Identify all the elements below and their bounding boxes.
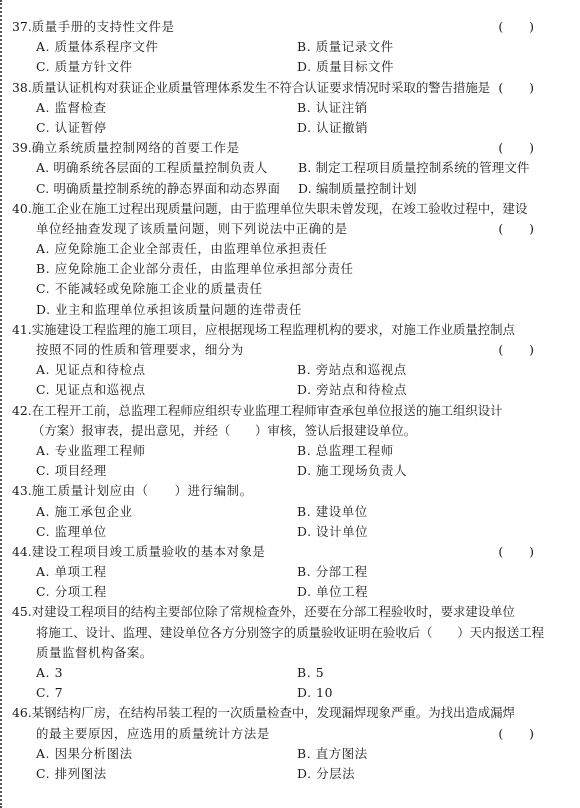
option-a[interactable]: A. 施工承包企业: [36, 502, 133, 522]
question-41-options-row-1: A. 见证点和待检点 B. 旁站点和巡视点: [12, 360, 572, 380]
question-37-stem: 37.质量手册的支持性文件是 (): [12, 17, 572, 37]
option-b[interactable]: B. 总监理工程师: [297, 441, 394, 461]
question-45-options-row-1: A. 3 B. 5: [12, 663, 572, 683]
option-a[interactable]: A. 单项工程: [36, 562, 107, 582]
option-d[interactable]: D. 单位工程: [297, 582, 368, 602]
question-45-stem-line-3: 质量监督机构备案。: [12, 643, 572, 663]
question-40-stem-line-1: 40.施工企业在施工过程出现质量问题，由于监理单位失职未曾发现，在竣工验收过程中…: [12, 199, 572, 219]
question-38-options-row-2: C. 认证暂停 D. 认证撤销: [12, 118, 572, 138]
question-40-option-a-row: A. 应免除施工企业全部责任，由监理单位承担责任: [12, 239, 572, 259]
option-c[interactable]: C. 7: [36, 683, 63, 703]
option-b[interactable]: B. 分部工程: [297, 562, 368, 582]
question-44-stem: 44.建设工程项目竣工质量验收的基本对象是 (): [12, 542, 572, 562]
option-a[interactable]: A. 因果分析图法: [36, 744, 133, 764]
answer-blank[interactable]: (): [498, 340, 534, 360]
answer-blank[interactable]: (): [498, 724, 534, 744]
answer-blank[interactable]: (): [498, 78, 534, 98]
option-c[interactable]: C. 项目经理: [36, 461, 107, 481]
answer-blank[interactable]: (): [498, 138, 534, 158]
question-39-options-row-1: A. 明确系统各层面的工程质量控制负责人 B. 制定工程项目质量控制系统的管理文…: [12, 158, 572, 178]
option-b[interactable]: B. 应免除施工企业部分责任，由监理单位承担部分责任: [36, 259, 354, 279]
option-c[interactable]: C. 排列图法: [36, 764, 107, 784]
option-a[interactable]: A. 见证点和待检点: [36, 360, 146, 380]
question-43-stem: 43.施工质量计划应由（ ）进行编制。: [12, 481, 572, 501]
option-d[interactable]: D. 业主和监理单位承担该质量问题的连带责任: [36, 300, 302, 320]
question-41-stem-line-1: 41.实施建设工程监理的施工项目，应根据现场工程监理机构的要求，对施工作业质量控…: [12, 320, 572, 340]
question-38-options-row-1: A. 监督检查 B. 认证注销: [12, 98, 572, 118]
option-a[interactable]: A. 质量体系程序文件: [36, 37, 159, 57]
option-b[interactable]: B. 旁站点和巡视点: [297, 360, 407, 380]
option-a[interactable]: A. 3: [36, 663, 63, 683]
question-45-stem-line-1: 45.对建设工程项目的结构主要部位除了常规检查外，还要在分部工程验收时，要求建设…: [12, 602, 572, 622]
option-c[interactable]: C. 不能减轻或免除施工企业的质量责任: [36, 279, 263, 299]
question-46-options-row-1: A. 因果分析图法 B. 直方图法: [12, 744, 572, 764]
exam-page: 37.质量手册的支持性文件是 () A. 质量体系程序文件 B. 质量记录文件 …: [12, 17, 572, 784]
question-40-stem-line-2: 单位经抽查发现了该质量问题，则下列说法中正确的是 (): [12, 219, 572, 239]
option-a[interactable]: A. 明确系统各层面的工程质量控制负责人: [36, 158, 267, 178]
question-37-options-row-1: A. 质量体系程序文件 B. 质量记录文件: [12, 37, 572, 57]
answer-blank[interactable]: (): [498, 542, 534, 562]
option-d[interactable]: D. 编制质量控制计划: [298, 179, 417, 199]
question-39-stem: 39.确立系统质量控制网络的首要工作是 (): [12, 138, 572, 158]
option-d[interactable]: D. 设计单位: [297, 522, 368, 542]
question-41-options-row-2: C. 见证点和巡视点 D. 旁站点和待检点: [12, 380, 572, 400]
option-b[interactable]: B. 质量记录文件: [297, 37, 394, 57]
question-46-stem-line-2: 的最主要原因，应选用的质量统计方法是 (): [12, 724, 572, 744]
option-d[interactable]: D. 施工现场负责人: [297, 461, 407, 481]
question-37-options-row-2: C. 质量方针文件 D. 质量目标文件: [12, 57, 572, 77]
question-42-options-row-1: A. 专业监理工程师 B. 总监理工程师: [12, 441, 572, 461]
option-a[interactable]: A. 应免除施工企业全部责任，由监理单位承担责任: [36, 239, 327, 259]
question-41-stem-line-2: 按照不同的性质和管理要求，细分为 (): [12, 340, 572, 360]
question-44-options-row-1: A. 单项工程 B. 分部工程: [12, 562, 572, 582]
option-c[interactable]: C. 明确质量控制系统的静态界面和动态界面: [36, 179, 280, 199]
question-43-options-row-1: A. 施工承包企业 B. 建设单位: [12, 502, 572, 522]
option-d[interactable]: D. 认证撤销: [297, 118, 368, 138]
option-b[interactable]: B. 制定工程项目质量控制系统的管理文件: [298, 158, 530, 178]
option-b[interactable]: B. 建设单位: [297, 502, 368, 522]
option-b[interactable]: B. 直方图法: [297, 744, 368, 764]
question-42-options-row-2: C. 项目经理 D. 施工现场负责人: [12, 461, 572, 481]
option-d[interactable]: D. 质量目标文件: [297, 57, 394, 77]
option-a[interactable]: A. 监督检查: [36, 98, 107, 118]
option-c[interactable]: C. 见证点和巡视点: [36, 380, 146, 400]
option-d[interactable]: D. 旁站点和待检点: [297, 380, 407, 400]
question-40-option-c-row: C. 不能减轻或免除施工企业的质量责任: [12, 279, 572, 299]
option-c[interactable]: C. 监理单位: [36, 522, 107, 542]
option-b[interactable]: B. 认证注销: [297, 98, 368, 118]
answer-blank[interactable]: (): [498, 219, 534, 239]
option-c[interactable]: C. 分项工程: [36, 582, 107, 602]
question-45-stem-line-2: 将施工、设计、监理、建设单位各方分别签字的质量验收证明在验收后（ ）天内报送工程: [12, 623, 572, 643]
option-c[interactable]: C. 认证暂停: [36, 118, 107, 138]
page-edge-dotted-border: [0, 0, 4, 808]
option-a[interactable]: A. 专业监理工程师: [36, 441, 146, 461]
option-d[interactable]: D. 10: [297, 683, 333, 703]
question-43-options-row-2: C. 监理单位 D. 设计单位: [12, 522, 572, 542]
question-42-stem-line-2: （方案）报审表，提出意见，并经（ ）审核，签认后报建设单位。: [12, 421, 572, 441]
question-42-stem-line-1: 42.在工程开工前，总监理工程师应组织专业监理工程师审查承包单位报送的施工组织设…: [12, 401, 572, 421]
question-38-stem: 38.质量认证机构对获证企业质量管理体系发生不符合认证要求情况时采取的警告措施是…: [12, 78, 572, 98]
option-c[interactable]: C. 质量方针文件: [36, 57, 133, 77]
question-45-options-row-2: C. 7 D. 10: [12, 683, 572, 703]
question-39-options-row-2: C. 明确质量控制系统的静态界面和动态界面 D. 编制质量控制计划: [12, 179, 572, 199]
option-d[interactable]: D. 分层法: [297, 764, 355, 784]
question-46-options-row-2: C. 排列图法 D. 分层法: [12, 764, 572, 784]
question-40-option-d-row: D. 业主和监理单位承担该质量问题的连带责任: [12, 300, 572, 320]
question-46-stem-line-1: 46.某钢结构厂房，在结构吊装工程的一次质量检查中，发现漏焊现象严重。为找出造成…: [12, 703, 572, 723]
answer-blank[interactable]: (): [498, 17, 534, 37]
option-b[interactable]: B. 5: [297, 663, 324, 683]
question-40-option-b-row: B. 应免除施工企业部分责任，由监理单位承担部分责任: [12, 259, 572, 279]
question-44-options-row-2: C. 分项工程 D. 单位工程: [12, 582, 572, 602]
